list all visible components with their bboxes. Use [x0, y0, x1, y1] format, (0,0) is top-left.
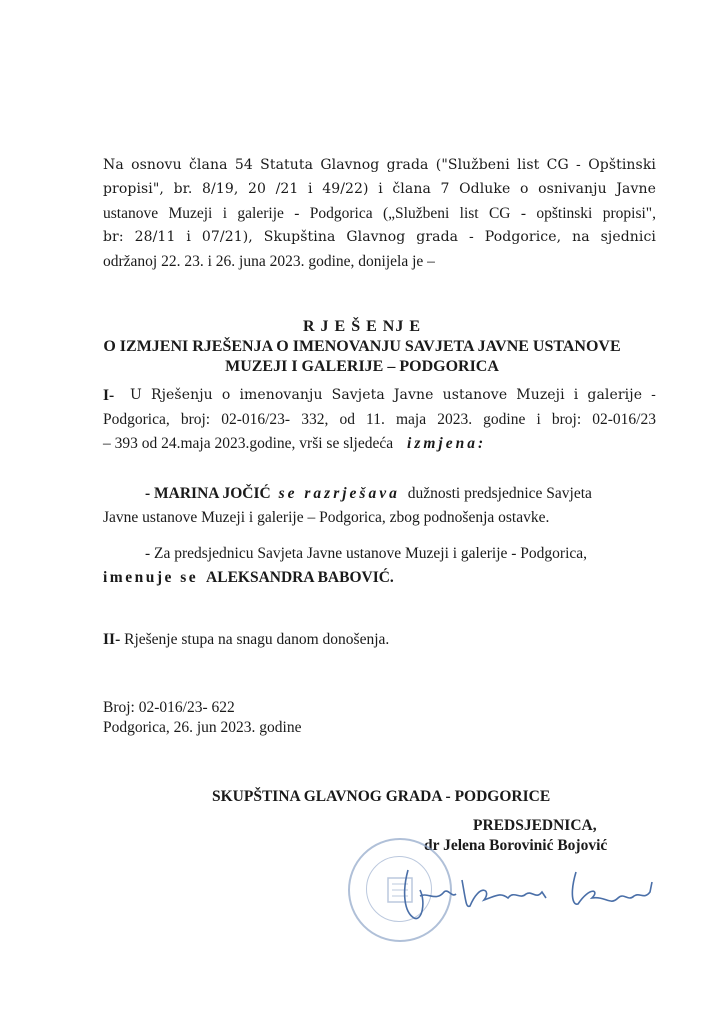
- dismissal-verb: se razrješava: [279, 485, 400, 502]
- dismissed-person: - MARINA JOČIĆ: [145, 485, 271, 502]
- section-one-line2: Podgorica, broj: 02-016/23- 332, od 11. …: [103, 412, 656, 428]
- preamble-line: propisi", br. 8/19, 20 /21 i 49/22) i čl…: [103, 182, 656, 196]
- document-subtitle-line2: MUZEJI I GALERIJE – PODGORICA: [0, 358, 724, 376]
- section-one-line1: U Rješenju o imenovanju Savjeta Javne us…: [130, 388, 656, 402]
- place-date: Podgorica, 26. jun 2023. godine: [103, 720, 301, 736]
- document-number: Broj: 02-016/23- 622: [103, 700, 235, 716]
- change-emphasis: izmjena:: [407, 435, 486, 452]
- item-dismissal: - MARINA JOČIĆ se razrješava dužnosti pr…: [145, 486, 592, 502]
- preamble-line: održanoj 22. 23. i 26. juna 2023. godine…: [103, 254, 435, 270]
- institution-name: SKUPŠTINA GLAVNOG GRADA - PODGORICE: [212, 789, 550, 805]
- preamble-line: Na osnovu člana 54 Statuta Glavnog grada…: [103, 158, 656, 172]
- section-two-text: Rješenje stupa na snagu danom donošenja.: [124, 631, 389, 648]
- handwritten-signature: [400, 862, 660, 932]
- appointment-verb: imenuje se: [103, 569, 198, 586]
- signatory-role: PREDSJEDNICA,: [473, 818, 597, 834]
- section-one-line3-text: – 393 od 24.maja 2023.godine, vrši se sl…: [103, 435, 393, 452]
- item-appointment-line1: - Za predsjednicu Savjeta Javne ustanove…: [145, 546, 587, 562]
- appointed-person: ALEKSANDRA BABOVIĆ.: [206, 569, 394, 586]
- dismissal-text: dužnosti predsjednice Savjeta: [408, 485, 592, 502]
- signatory-name: dr Jelena Borovinić Bojović: [424, 838, 607, 854]
- section-two-numeral: II-: [103, 631, 120, 648]
- item-dismissal-line2: Javne ustanove Muzeji i galerije – Podgo…: [103, 510, 549, 526]
- preamble-line: br: 28/11 i 07/21), Skupština Glavnog gr…: [103, 230, 656, 244]
- document-page: Na osnovu člana 54 Statuta Glavnog grada…: [0, 0, 724, 1024]
- item-appointment-line2: imenuje se ALEKSANDRA BABOVIĆ.: [103, 570, 394, 586]
- section-two: II- Rješenje stupa na snagu danom donoše…: [103, 632, 389, 648]
- document-subtitle-line1: O IZMJENI RJEŠENJA O IMENOVANJU SAVJETA …: [0, 338, 724, 356]
- document-title: R J E Š E NJ E: [0, 318, 724, 336]
- section-one-line3: – 393 od 24.maja 2023.godine, vrši se sl…: [103, 436, 486, 452]
- preamble-line: ustanove Muzeji i galerije - Podgorica (…: [103, 206, 656, 222]
- section-numeral: I-: [103, 388, 114, 404]
